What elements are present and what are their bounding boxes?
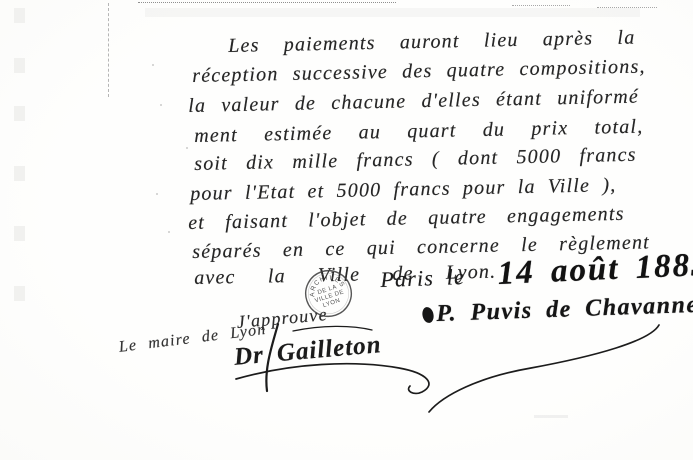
dateline-date: 14 août 1883 (497, 249, 693, 291)
dateline-place: Paris le (380, 266, 465, 291)
scan-artifact-speck (152, 64, 154, 66)
scan-artifact-smudge (145, 8, 640, 17)
scan-artifact-edge-mark (14, 286, 25, 301)
scan-artifact-edge-mark (14, 226, 25, 241)
scan-artifact-edge-mark (14, 106, 25, 121)
scan-artifact-speck (168, 231, 170, 233)
ink-blot (421, 306, 435, 324)
letter-line-5: soit dix mille francs ( dont 5000 francs (194, 145, 637, 174)
scan-artifact-dotted-line (138, 2, 396, 3)
scan-artifact-speck (156, 193, 158, 195)
scan-artifact-dashed-line (108, 3, 109, 97)
artist-signature: P. Puvis de Chavannes (436, 292, 693, 326)
letter-line-3: la valeur de chacune d'elles étant unifo… (188, 87, 639, 116)
letter-line-2: réception successive des quatre composit… (192, 57, 646, 86)
scan-artifact-edge-mark (14, 166, 25, 181)
letter-line-7: et faisant l'objet de quatre engagements (188, 204, 625, 233)
approval-tail-stroke (293, 326, 372, 331)
letter-line-6: pour l'Etat et 5000 francs pour la Ville… (190, 175, 617, 204)
scan-artifact-dotted-line (512, 5, 570, 6)
archive-stamp: ARCHIVES DE LA VILLE DE LYON (304, 269, 353, 318)
scan-artifact-edge-mark (14, 8, 25, 23)
artist-signature-flourish (429, 325, 659, 412)
scanned-letter-page: Les paiements auront lieu après la récep… (0, 0, 693, 460)
scan-artifact-speck (186, 147, 188, 149)
scan-artifact-speck (160, 104, 162, 106)
letter-line-1: Les paiements auront lieu après la (228, 27, 636, 56)
scan-artifact-smudge (534, 415, 568, 418)
scan-artifact-edge-mark (14, 58, 25, 73)
letter-line-4: ment estimée au quart du prix total, (194, 117, 644, 146)
